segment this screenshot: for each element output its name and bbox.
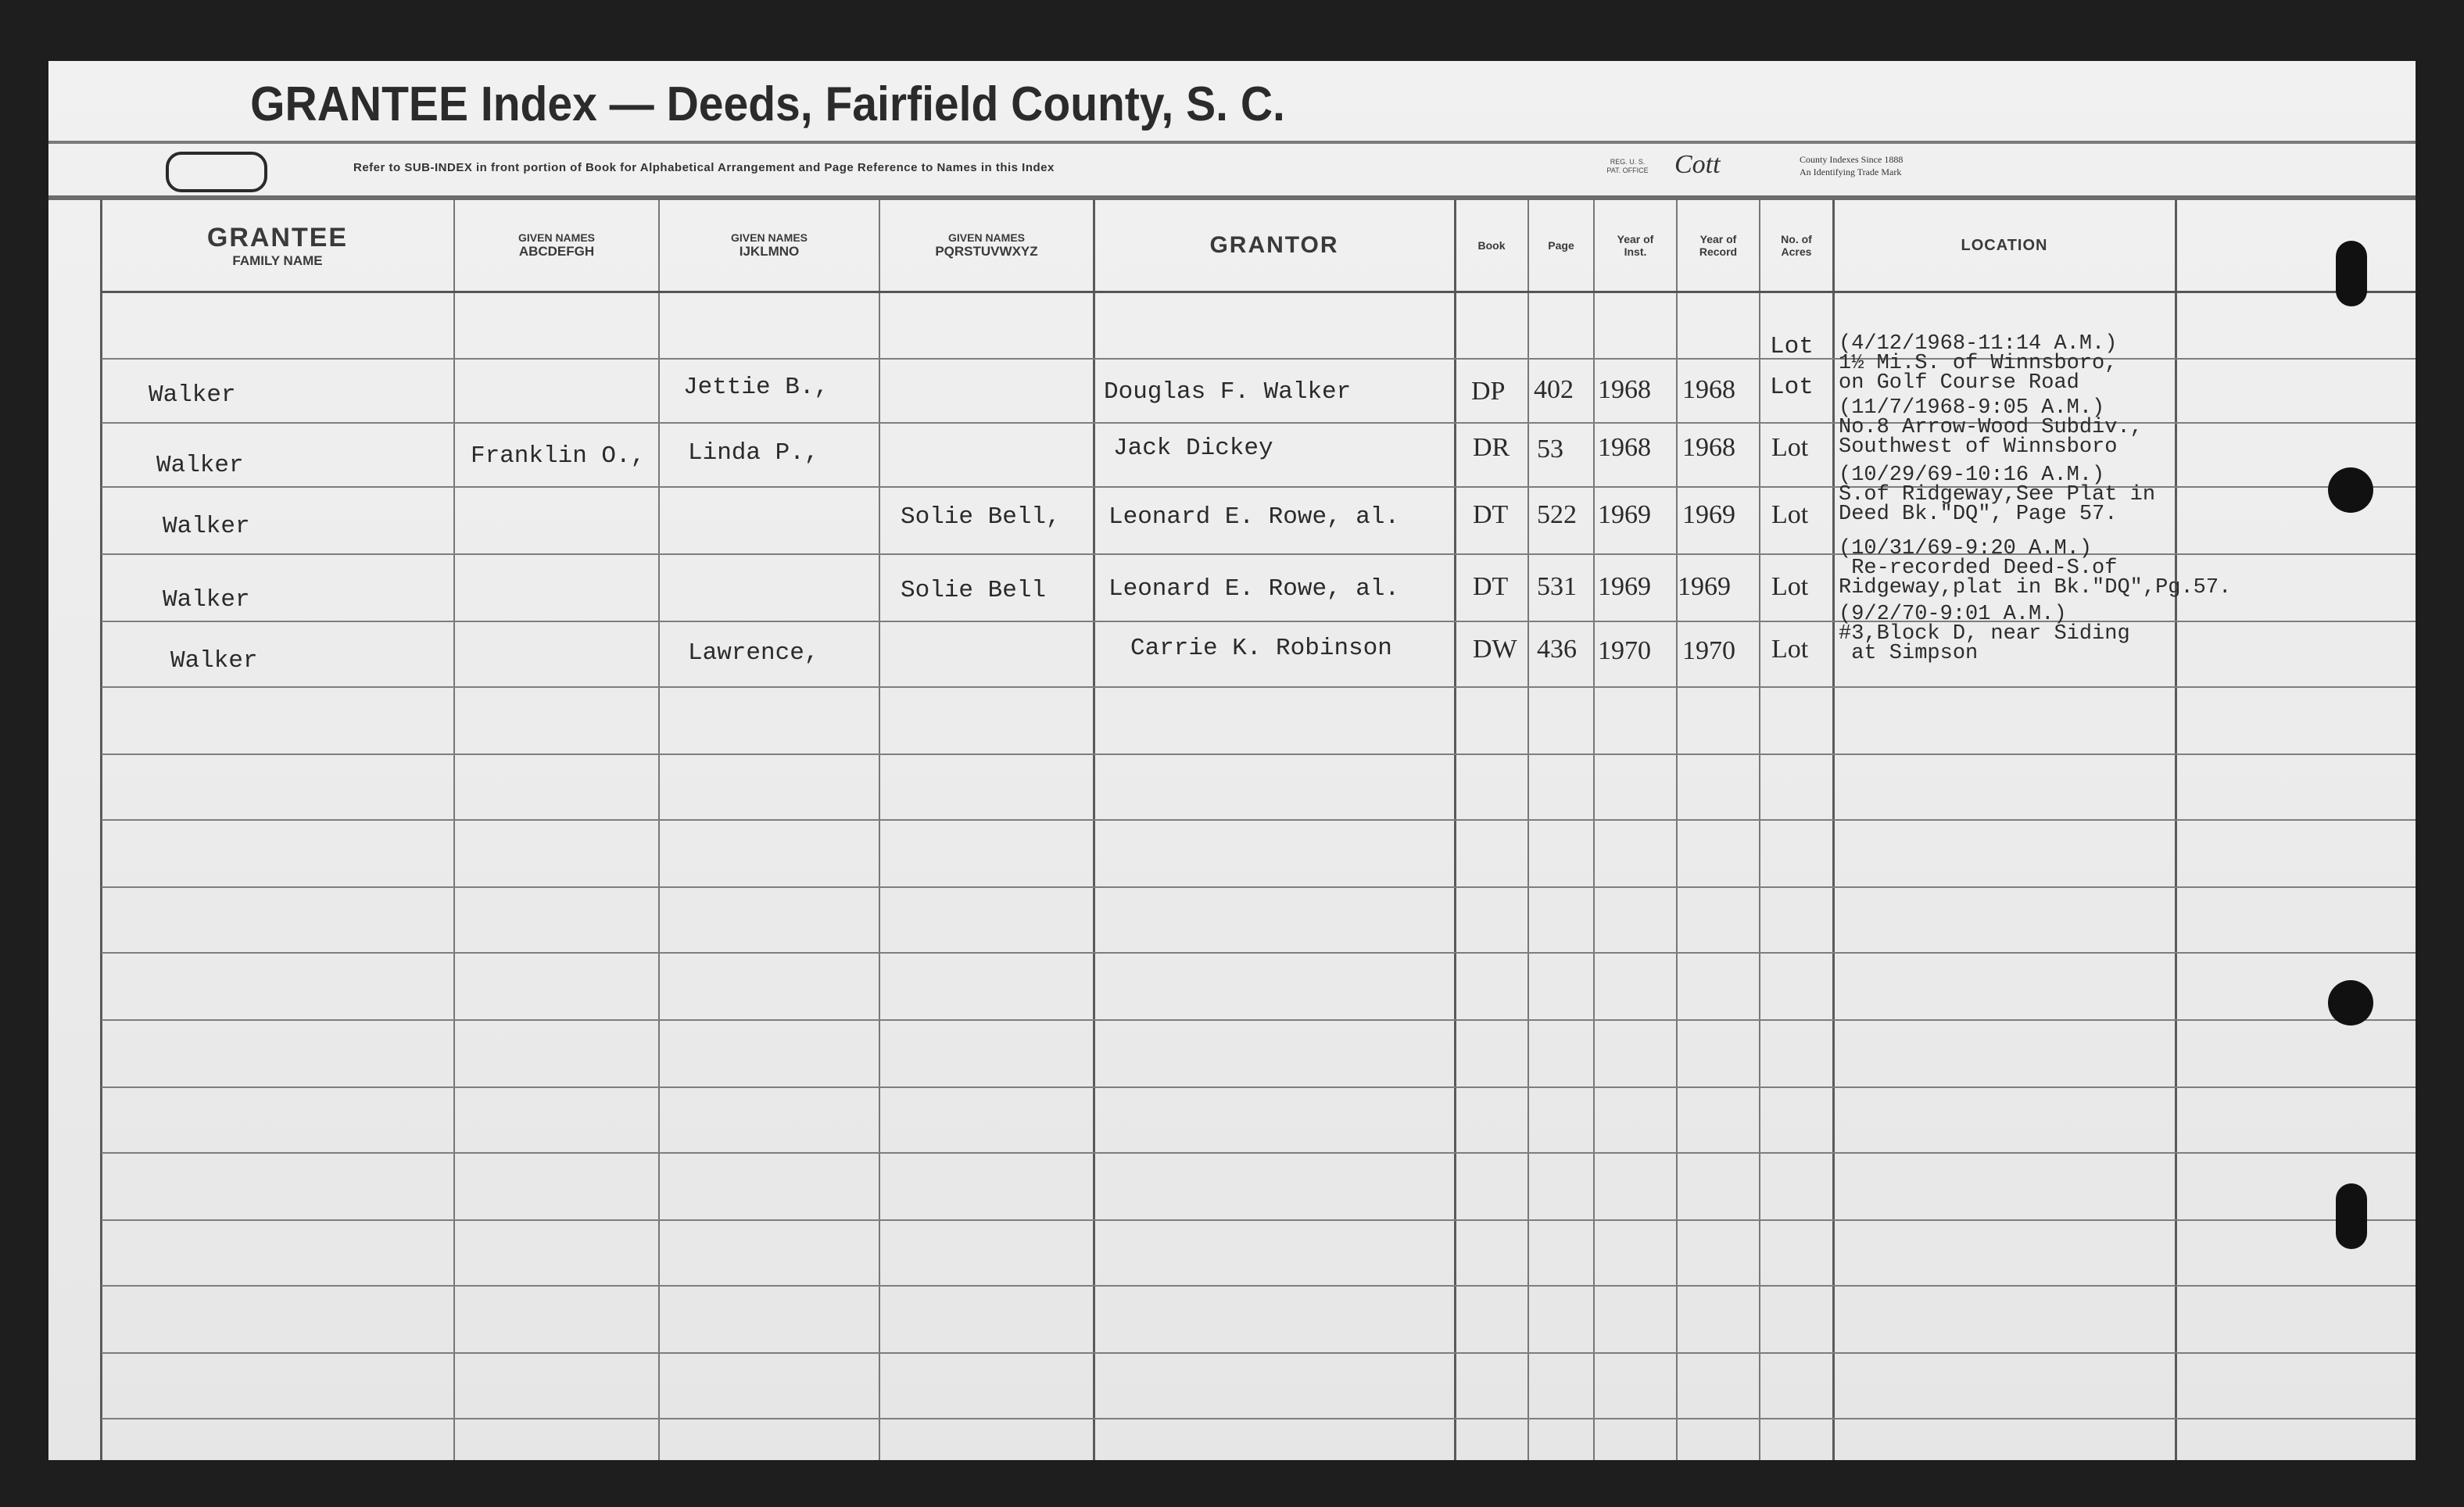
page-number: 402	[1534, 375, 1574, 405]
acres-value: Lot	[1771, 500, 1808, 530]
refer-instruction: Refer to SUB-INDEX in front portion of B…	[353, 161, 1055, 174]
book-code: DR	[1473, 433, 1510, 463]
grantor-name: Carrie K. Robinson	[1130, 635, 1392, 662]
ledger-table: GRANTEE FAMILY NAME GIVEN NAMES ABCDEFGH…	[48, 200, 2416, 1460]
book-code: DT	[1473, 500, 1508, 530]
column-rule	[1832, 200, 1835, 1460]
grantee-family-name: Walker	[170, 647, 258, 675]
given-name-i-o: Linda P.,	[688, 439, 818, 467]
grantor-name: Jack Dickey	[1113, 435, 1273, 462]
given-name-p-z: Solie Bell,	[901, 503, 1061, 531]
row-rule	[102, 952, 2416, 954]
row-rule	[102, 886, 2416, 888]
header-given-names-p-z: GIVEN NAMES PQRSTUVWXYZ	[880, 200, 1093, 291]
year-of-inst: 1970	[1598, 636, 1651, 666]
row-rule	[102, 819, 2416, 821]
header-grantee-family-name: GRANTEE FAMILY NAME	[102, 200, 453, 291]
page-number: 522	[1537, 500, 1577, 530]
header-book: Book	[1456, 200, 1527, 291]
column-rule	[100, 200, 102, 1460]
row-rule	[102, 686, 2416, 688]
header-year-of-record: Year of Record	[1678, 200, 1759, 291]
column-rule	[1454, 200, 1456, 1460]
column-rule	[2175, 200, 2177, 1460]
given-name-i-o: Lawrence,	[688, 639, 818, 667]
grantee-family-name: Walker	[163, 513, 250, 540]
registered-mark: REG. U. S. PAT. OFFICE	[1604, 158, 1651, 175]
column-rule	[1093, 200, 1095, 1460]
grantee-family-name: Walker	[163, 586, 250, 614]
grantee-family-name: Walker	[149, 381, 236, 409]
binder-slot-hole	[2336, 241, 2367, 306]
row-rule	[102, 1219, 2416, 1221]
grantor-name: Douglas F. Walker	[1104, 378, 1351, 406]
column-rule	[1676, 200, 1678, 1460]
acres-value: Lot	[1770, 333, 1814, 360]
page-number: 53	[1537, 435, 1563, 464]
page-title: GRANTEE Index — Deeds, Fairfield County,…	[48, 77, 1487, 132]
row-rule	[102, 1418, 2416, 1419]
binder-slot-hole	[2336, 1183, 2367, 1249]
grantor-name: Leonard E. Rowe, al.	[1108, 575, 1399, 603]
page-number: 436	[1537, 635, 1577, 664]
index-card: GRANTEE Index — Deeds, Fairfield County,…	[48, 61, 2416, 1460]
row-rule	[102, 1152, 2416, 1154]
given-name-a-h: Franklin O.,	[471, 442, 645, 470]
row-rule	[102, 1285, 2416, 1287]
header-divider	[102, 291, 2416, 293]
year-of-inst: 1968	[1598, 433, 1651, 463]
grantee-family-name: Walker	[156, 452, 244, 479]
cott-signature-logo: Cott	[1674, 150, 1721, 180]
book-code: DT	[1473, 572, 1508, 602]
location-text: (10/31/69-9:20 A.M.) Re-recorded Deed-S.…	[1839, 539, 2231, 598]
book-code: DP	[1471, 377, 1505, 406]
binder-round-hole	[2328, 980, 2373, 1026]
column-rule	[1593, 200, 1595, 1460]
year-of-record: 1969	[1682, 500, 1735, 530]
year-of-inst: 1969	[1598, 572, 1651, 602]
binder-round-hole	[2328, 467, 2373, 513]
header-given-names-i-o: GIVEN NAMES IJKLMNO	[660, 200, 879, 291]
header-page: Page	[1529, 200, 1593, 291]
header-year-of-inst: Year of Inst.	[1595, 200, 1676, 291]
row-rule	[102, 1086, 2416, 1088]
acres-value: Lot	[1771, 572, 1808, 602]
acres-value: Lot	[1771, 635, 1808, 664]
page-number: 531	[1537, 572, 1577, 602]
year-of-inst: 1969	[1598, 500, 1651, 530]
year-of-record: 1970	[1682, 636, 1735, 666]
column-rule	[658, 200, 660, 1460]
given-name-p-z: Solie Bell	[901, 577, 1046, 604]
subheader-bar: Refer to SUB-INDEX in front portion of B…	[48, 144, 2416, 199]
location-text: (10/29/69-10:16 A.M.) S.of Ridgeway,See …	[1839, 466, 2155, 524]
header-location: LOCATION	[1834, 200, 2175, 291]
trademark-text: County Indexes Since 1888 An Identifying…	[1800, 153, 1903, 178]
column-rule	[1759, 200, 1760, 1460]
row-rule	[102, 1019, 2416, 1021]
acres-value: Lot	[1771, 433, 1808, 463]
year-of-record: 1968	[1682, 375, 1735, 405]
location-text: (11/7/1968-9:05 A.M.) No.8 Arrow-Wood Su…	[1839, 399, 2143, 457]
header-given-names-a-h: GIVEN NAMES ABCDEFGH	[455, 200, 658, 291]
year-of-record: 1969	[1678, 572, 1731, 602]
index-tab-oval	[166, 152, 267, 192]
grantor-name: Leonard E. Rowe, al.	[1108, 503, 1399, 531]
row-rule	[102, 1352, 2416, 1354]
header-no-of-acres: No. of Acres	[1760, 200, 1832, 291]
year-of-record: 1968	[1682, 433, 1735, 463]
location-text: (9/2/70-9:01 A.M.) #3,Block D, near Sidi…	[1839, 605, 2130, 664]
book-code: DW	[1473, 635, 1517, 664]
row-rule	[102, 753, 2416, 755]
column-rule	[1527, 200, 1529, 1460]
column-rule	[879, 200, 880, 1460]
location-text: (4/12/1968-11:14 A.M.) 1½ Mi.S. of Winns…	[1839, 335, 2117, 393]
year-of-inst: 1968	[1598, 375, 1651, 405]
column-rule	[453, 200, 455, 1460]
acres-value: Lot	[1770, 374, 1814, 401]
header-grantor: GRANTOR	[1094, 200, 1454, 291]
given-name-i-o: Jettie B.,	[683, 374, 829, 401]
